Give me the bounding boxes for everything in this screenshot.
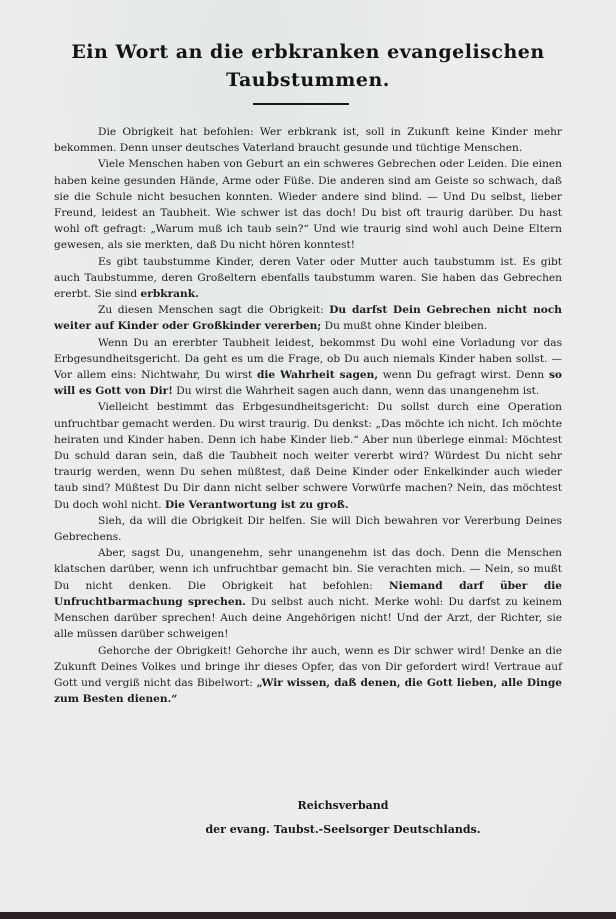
paragraph-text: Es gibt taubstumme Kinder, deren Vater o…: [54, 256, 562, 300]
body-paragraph: Aber, sagst Du, unangenehm, sehr unangen…: [54, 545, 562, 642]
paragraph-text: Vielleicht bestimmt das Erbgesundheitsge…: [54, 401, 562, 510]
document-body: Die Obrigkeit hat befohlen: Wer erbkrank…: [54, 124, 562, 707]
paragraph-text: Zu diesen Menschen sagt die Obrigkeit:: [98, 304, 329, 316]
body-paragraph: Viele Menschen haben von Geburt an ein s…: [54, 156, 562, 253]
paragraph-text: Viele Menschen haben von Geburt an ein s…: [54, 158, 562, 251]
title-underline-divider: [253, 103, 349, 105]
emphasized-text: erbkrank.: [141, 288, 199, 300]
body-paragraph: Sieh, da will die Obrigkeit Dir helfen. …: [54, 513, 562, 545]
emphasized-text: die Wahrheit sagen,: [257, 369, 378, 381]
paragraph-text: Sieh, da will die Obrigkeit Dir helfen. …: [54, 515, 562, 543]
paragraph-text: Die Obrigkeit hat befohlen: Wer erbkrank…: [54, 126, 562, 154]
document-page: Ein Wort an die erbkranken evangelischen…: [0, 0, 616, 912]
body-paragraph: Zu diesen Menschen sagt die Obrigkeit: D…: [54, 302, 562, 334]
emphasized-text: Die Verantwortung ist zu groß.: [165, 499, 349, 511]
title-line-1: Ein Wort an die erbkranken evangelischen: [0, 38, 616, 66]
body-paragraph: Wenn Du an ererbter Taubheit leidest, be…: [54, 335, 562, 400]
signature-organization-detail: der evang. Taubst.-Seelsorger Deutschlan…: [35, 818, 616, 842]
paragraph-text: wenn Du gefragt wirst. Denn: [378, 369, 549, 381]
paragraph-text: Du wirst die Wahrheit sagen auch dann, w…: [173, 385, 539, 397]
scan-bottom-edge: [0, 912, 616, 919]
signature-block: Reichsverband der evang. Taubst.-Seelsor…: [0, 794, 616, 842]
body-paragraph: Die Obrigkeit hat befohlen: Wer erbkrank…: [54, 124, 562, 156]
paragraph-text: Du mußt ohne Kinder bleiben.: [321, 320, 487, 332]
body-paragraph: Vielleicht bestimmt das Erbgesundheitsge…: [54, 399, 562, 512]
document-title: Ein Wort an die erbkranken evangelischen…: [0, 38, 616, 94]
signature-organization: Reichsverband: [35, 794, 616, 818]
title-line-2: Taubstummen.: [0, 66, 616, 94]
body-paragraph: Es gibt taubstumme Kinder, deren Vater o…: [54, 254, 562, 303]
body-paragraph: Gehorche der Obrigkeit! Gehorche ihr auc…: [54, 643, 562, 708]
